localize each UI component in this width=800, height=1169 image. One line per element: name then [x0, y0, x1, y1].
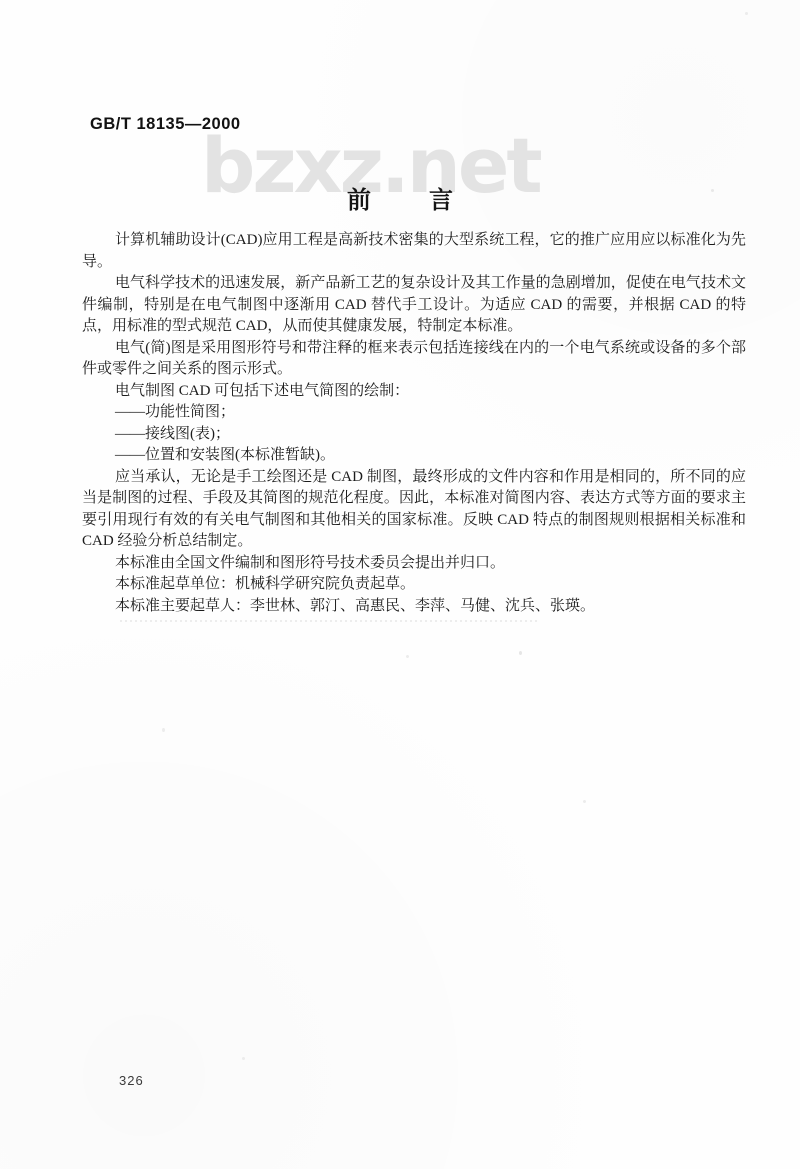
scan-speck — [583, 800, 586, 803]
scan-speck — [406, 655, 409, 658]
paragraph-diagram-def: 电气(简)图是采用图形符号和带注释的框来表示包括连接线在内的一个电气系统或设备的… — [82, 338, 746, 381]
paragraph-drafters: 本标准主要起草人：李世林、郭汀、高惠民、李萍、马健、沈兵、张瑛。 — [82, 596, 746, 618]
paragraph-drafting-org: 本标准起草单位：机械科学研究院负责起草。 — [82, 574, 746, 596]
scanned-standard-page: bzxz.net GB/T 18135—2000 前 言 计算机辅助设计(CAD… — [0, 0, 800, 1169]
standard-number: GB/T 18135—2000 — [90, 115, 241, 134]
page-title: 前 言 — [0, 180, 800, 215]
scan-speck — [242, 1057, 245, 1060]
page-number: 326 — [119, 1073, 144, 1088]
paragraph-committee: 本标准由全国文件编制和图形符号技术委员会提出并归口。 — [82, 553, 746, 575]
scan-speck — [745, 12, 748, 15]
title-char-yan: 言 — [429, 180, 453, 215]
scan-artifact-streak — [120, 620, 540, 622]
foreword-body: 计算机辅助设计(CAD)应用工程是高新技术密集的大型系统工程，它的推广应用应以标… — [82, 230, 746, 617]
paragraph-scope-lead: 电气制图 CAD 可包括下述电气简图的绘制： — [82, 381, 746, 403]
scan-speck — [519, 651, 522, 655]
paragraph-intro-cad: 计算机辅助设计(CAD)应用工程是高新技术密集的大型系统工程，它的推广应用应以标… — [82, 230, 746, 273]
title-char-qian: 前 — [347, 180, 371, 215]
list-item-functional: ——功能性简图； — [82, 402, 746, 424]
paragraph-acknowledgement: 应当承认，无论是手工绘图还是 CAD 制图，最终形成的文件内容和作用是相同的，所… — [82, 467, 746, 553]
paragraph-background: 电气科学技术的迅速发展，新产品新工艺的复杂设计及其工作量的急剧增加，促使在电气技… — [82, 273, 746, 338]
list-item-location: ——位置和安装图(本标准暂缺)。 — [82, 445, 746, 467]
list-item-wiring: ——接线图(表)； — [82, 424, 746, 446]
scan-speck — [162, 728, 165, 732]
